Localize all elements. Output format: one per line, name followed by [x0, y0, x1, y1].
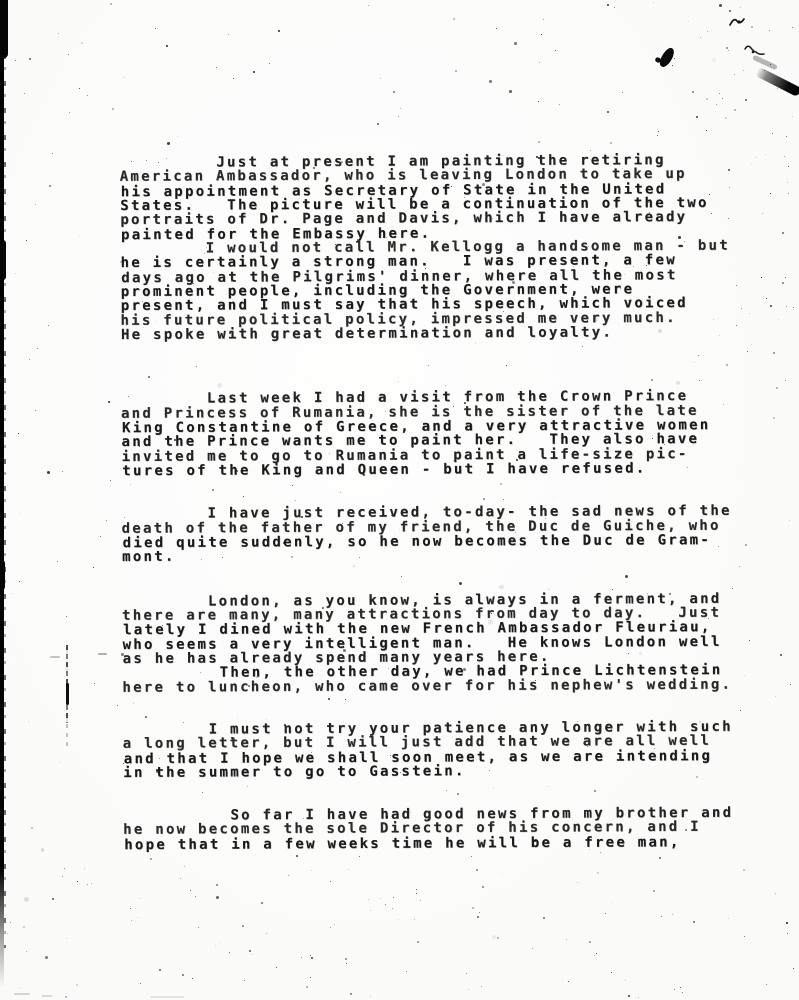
ink-smear-halo — [752, 55, 778, 71]
letter-line: lately I dined with the new French Ambas… — [123, 620, 783, 638]
paragraph-london-ferment: London, as you know, is always in a ferm… — [122, 591, 783, 695]
scan-edge-bump — [0, 560, 5, 590]
paragraph-brother-news: So far I have had good news from my brot… — [123, 806, 783, 852]
crease-line — [66, 645, 68, 723]
scan-edge-strip — [0, 0, 4, 988]
letter-line: He spoke with great determination and lo… — [121, 324, 781, 342]
letter-line: King Constantine of Greece, and a very a… — [122, 418, 782, 436]
letter-line: and that I hope we shall soon meet, as w… — [124, 748, 784, 766]
bottom-edge-dash — [150, 996, 184, 998]
stray-dash — [98, 653, 107, 655]
paragraph-closing-patience: I must not try your patience any longer … — [123, 719, 783, 780]
bottom-edge-dash — [14, 993, 30, 995]
ink-blob-mark — [657, 46, 677, 69]
letter-line: died quite suddenly, so he now becomes t… — [123, 533, 783, 551]
paragraph-painting-ambassador: Just at present I am painting the retiri… — [120, 153, 781, 343]
letter-page: Just at present I am painting the retiri… — [0, 0, 799, 1000]
paragraph-rumania-visit: Last week I had a visit from the Crown P… — [121, 389, 781, 478]
letter-line: tures of the King and Queen - but I have… — [122, 461, 782, 479]
letter-line: hope that in a few weeks time he will be… — [124, 835, 784, 853]
letter-line: here to luncheon, who came over for his … — [122, 677, 782, 695]
bottom-edge-dash — [42, 995, 52, 997]
ink-smear-mark — [755, 67, 799, 98]
letter-text-block: Just at present I am painting the retiri… — [120, 153, 784, 853]
stray-dash — [50, 656, 60, 658]
letter-line: I would not call Mr. Kellogg a handsome … — [120, 238, 780, 256]
ink-squiggle-top — [728, 15, 747, 28]
crease-line-extension — [66, 724, 68, 746]
scan-edge-corner-nub — [0, 0, 8, 58]
paragraph-duc-de-guiche: I have just received, to-day- the sad ne… — [122, 504, 782, 565]
scan-edge-bump — [0, 240, 6, 280]
